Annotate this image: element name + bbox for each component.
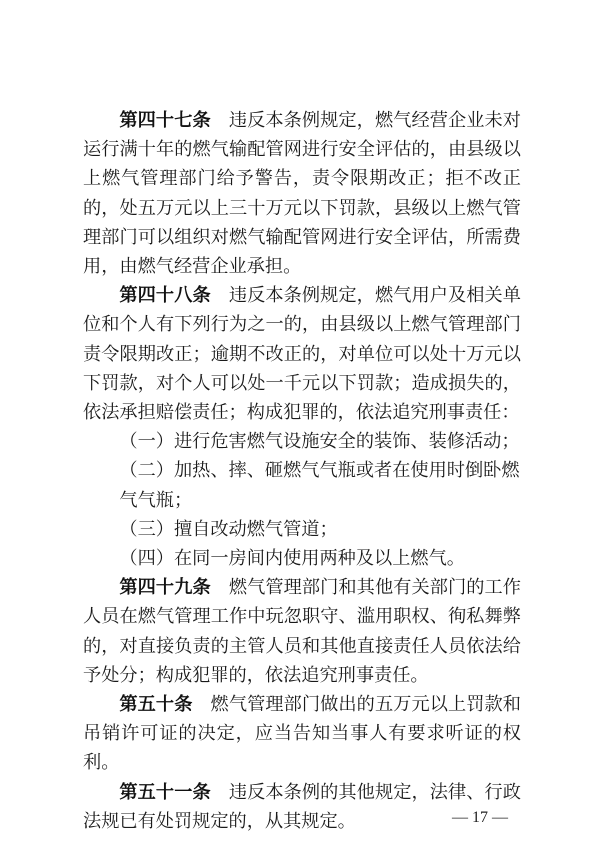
article-48-item-3: （三）擅自改动燃气管道；	[83, 515, 521, 544]
article-48-item-2: （二）加热、摔、砸燃气气瓶或者在使用时倒卧燃气气瓶；	[83, 456, 521, 514]
article-49: 第四十九条燃气管理部门和其他有关部门的工作人员在燃气管理工作中玩忽职守、滥用职权…	[83, 573, 521, 690]
document-page: 第四十七条违反本条例规定，燃气经营企业未对运行满十年的燃气输配管网进行安全评估的…	[83, 106, 521, 836]
article-heading: 第四十九条	[119, 577, 210, 598]
article-heading: 第四十七条	[119, 110, 210, 131]
article-47: 第四十七条违反本条例规定，燃气经营企业未对运行满十年的燃气输配管网进行安全评估的…	[83, 106, 521, 281]
article-48-item-1: （一）进行危害燃气设施安全的装饰、装修活动；	[83, 427, 521, 456]
article-heading: 第五十一条	[119, 782, 210, 803]
article-heading: 第四十八条	[119, 285, 210, 306]
article-heading: 第五十条	[119, 694, 192, 715]
page-number: — 17 —	[440, 808, 520, 828]
article-48-item-4: （四）在同一房间内使用两种及以上燃气。	[83, 544, 521, 573]
article-48: 第四十八条违反本条例规定，燃气用户及相关单位和个人有下列行为之一的，由县级以上燃…	[83, 281, 521, 427]
article-50: 第五十条燃气管理部门做出的五万元以上罚款和吊销许可证的决定，应当告知当事人有要求…	[83, 690, 521, 778]
article-body: 违反本条例规定，燃气经营企业未对运行满十年的燃气输配管网进行安全评估的，由县级以…	[83, 110, 521, 277]
